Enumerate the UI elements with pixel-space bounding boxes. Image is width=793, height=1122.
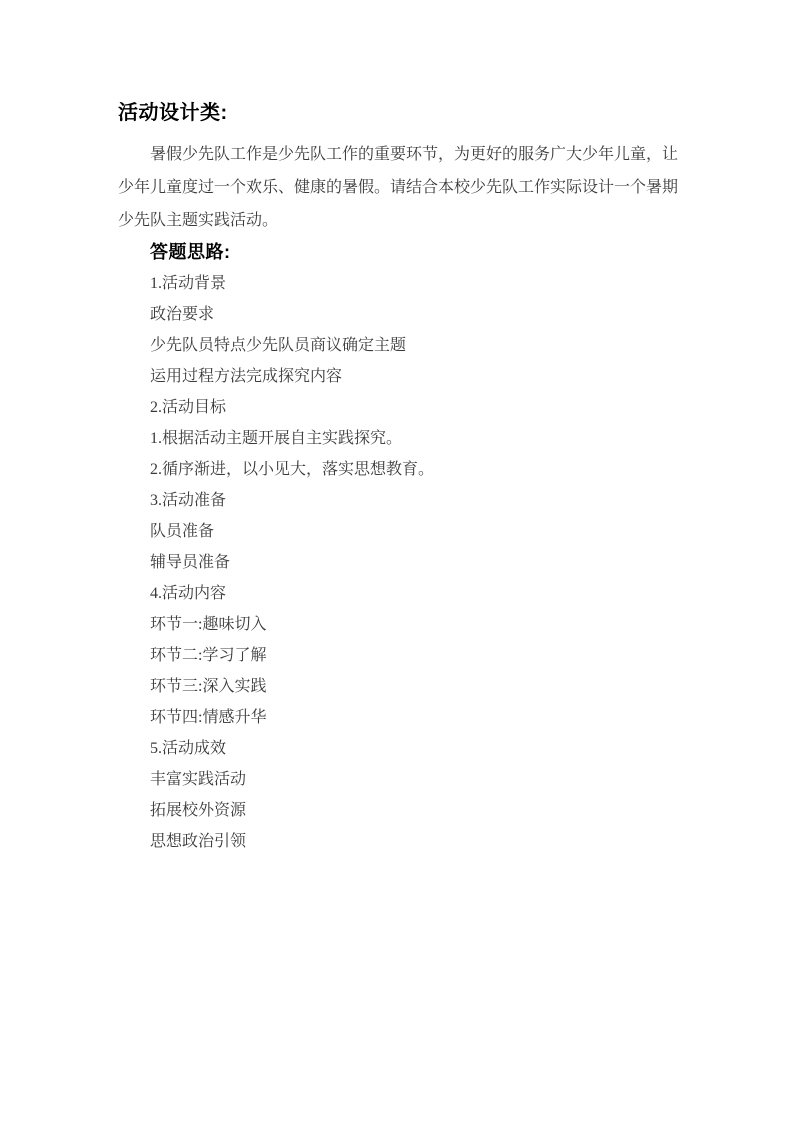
outline-item: 5.活动成效 xyxy=(118,733,678,764)
outline-list: 1.活动背景政治要求少先队员特点少先队员商议确定主题运用过程方法完成探究内容2.… xyxy=(118,268,678,857)
outline-item: 3.活动准备 xyxy=(118,485,678,516)
outline-item: 2.活动目标 xyxy=(118,392,678,423)
intro-paragraph: 暑假少先队工作是少先队工作的重要环节，为更好的服务广大少年儿童，让少年儿童度过一… xyxy=(118,138,678,237)
outline-item: 拓展校外资源 xyxy=(118,795,678,826)
outline-item: 辅导员准备 xyxy=(118,547,678,578)
outline-item: 2.循序渐进，以小见大，落实思想教育。 xyxy=(118,454,678,485)
document-title: 活动设计类: xyxy=(118,99,678,127)
document-content: 活动设计类: 暑假少先队工作是少先队工作的重要环节，为更好的服务广大少年儿童，让… xyxy=(118,99,678,857)
outline-item: 4.活动内容 xyxy=(118,578,678,609)
outline-item: 环节三:深入实践 xyxy=(118,671,678,702)
outline-item: 环节一:趣味切入 xyxy=(118,609,678,640)
outline-item: 运用过程方法完成探究内容 xyxy=(118,361,678,392)
outline-item: 政治要求 xyxy=(118,299,678,330)
outline-item: 少先队员特点少先队员商议确定主题 xyxy=(118,330,678,361)
outline-item: 环节四:情感升华 xyxy=(118,702,678,733)
outline-item: 1.根据活动主题开展自主实践探究。 xyxy=(118,423,678,454)
outline-item: 思想政治引领 xyxy=(118,826,678,857)
outline-item: 1.活动背景 xyxy=(118,268,678,299)
document-page: 活动设计类: 暑假少先队工作是少先队工作的重要环节，为更好的服务广大少年儿童，让… xyxy=(0,0,793,1122)
outline-item: 环节二:学习了解 xyxy=(118,640,678,671)
outline-item: 丰富实践活动 xyxy=(118,764,678,795)
section-heading: 答题思路: xyxy=(118,237,678,268)
outline-item: 队员准备 xyxy=(118,516,678,547)
